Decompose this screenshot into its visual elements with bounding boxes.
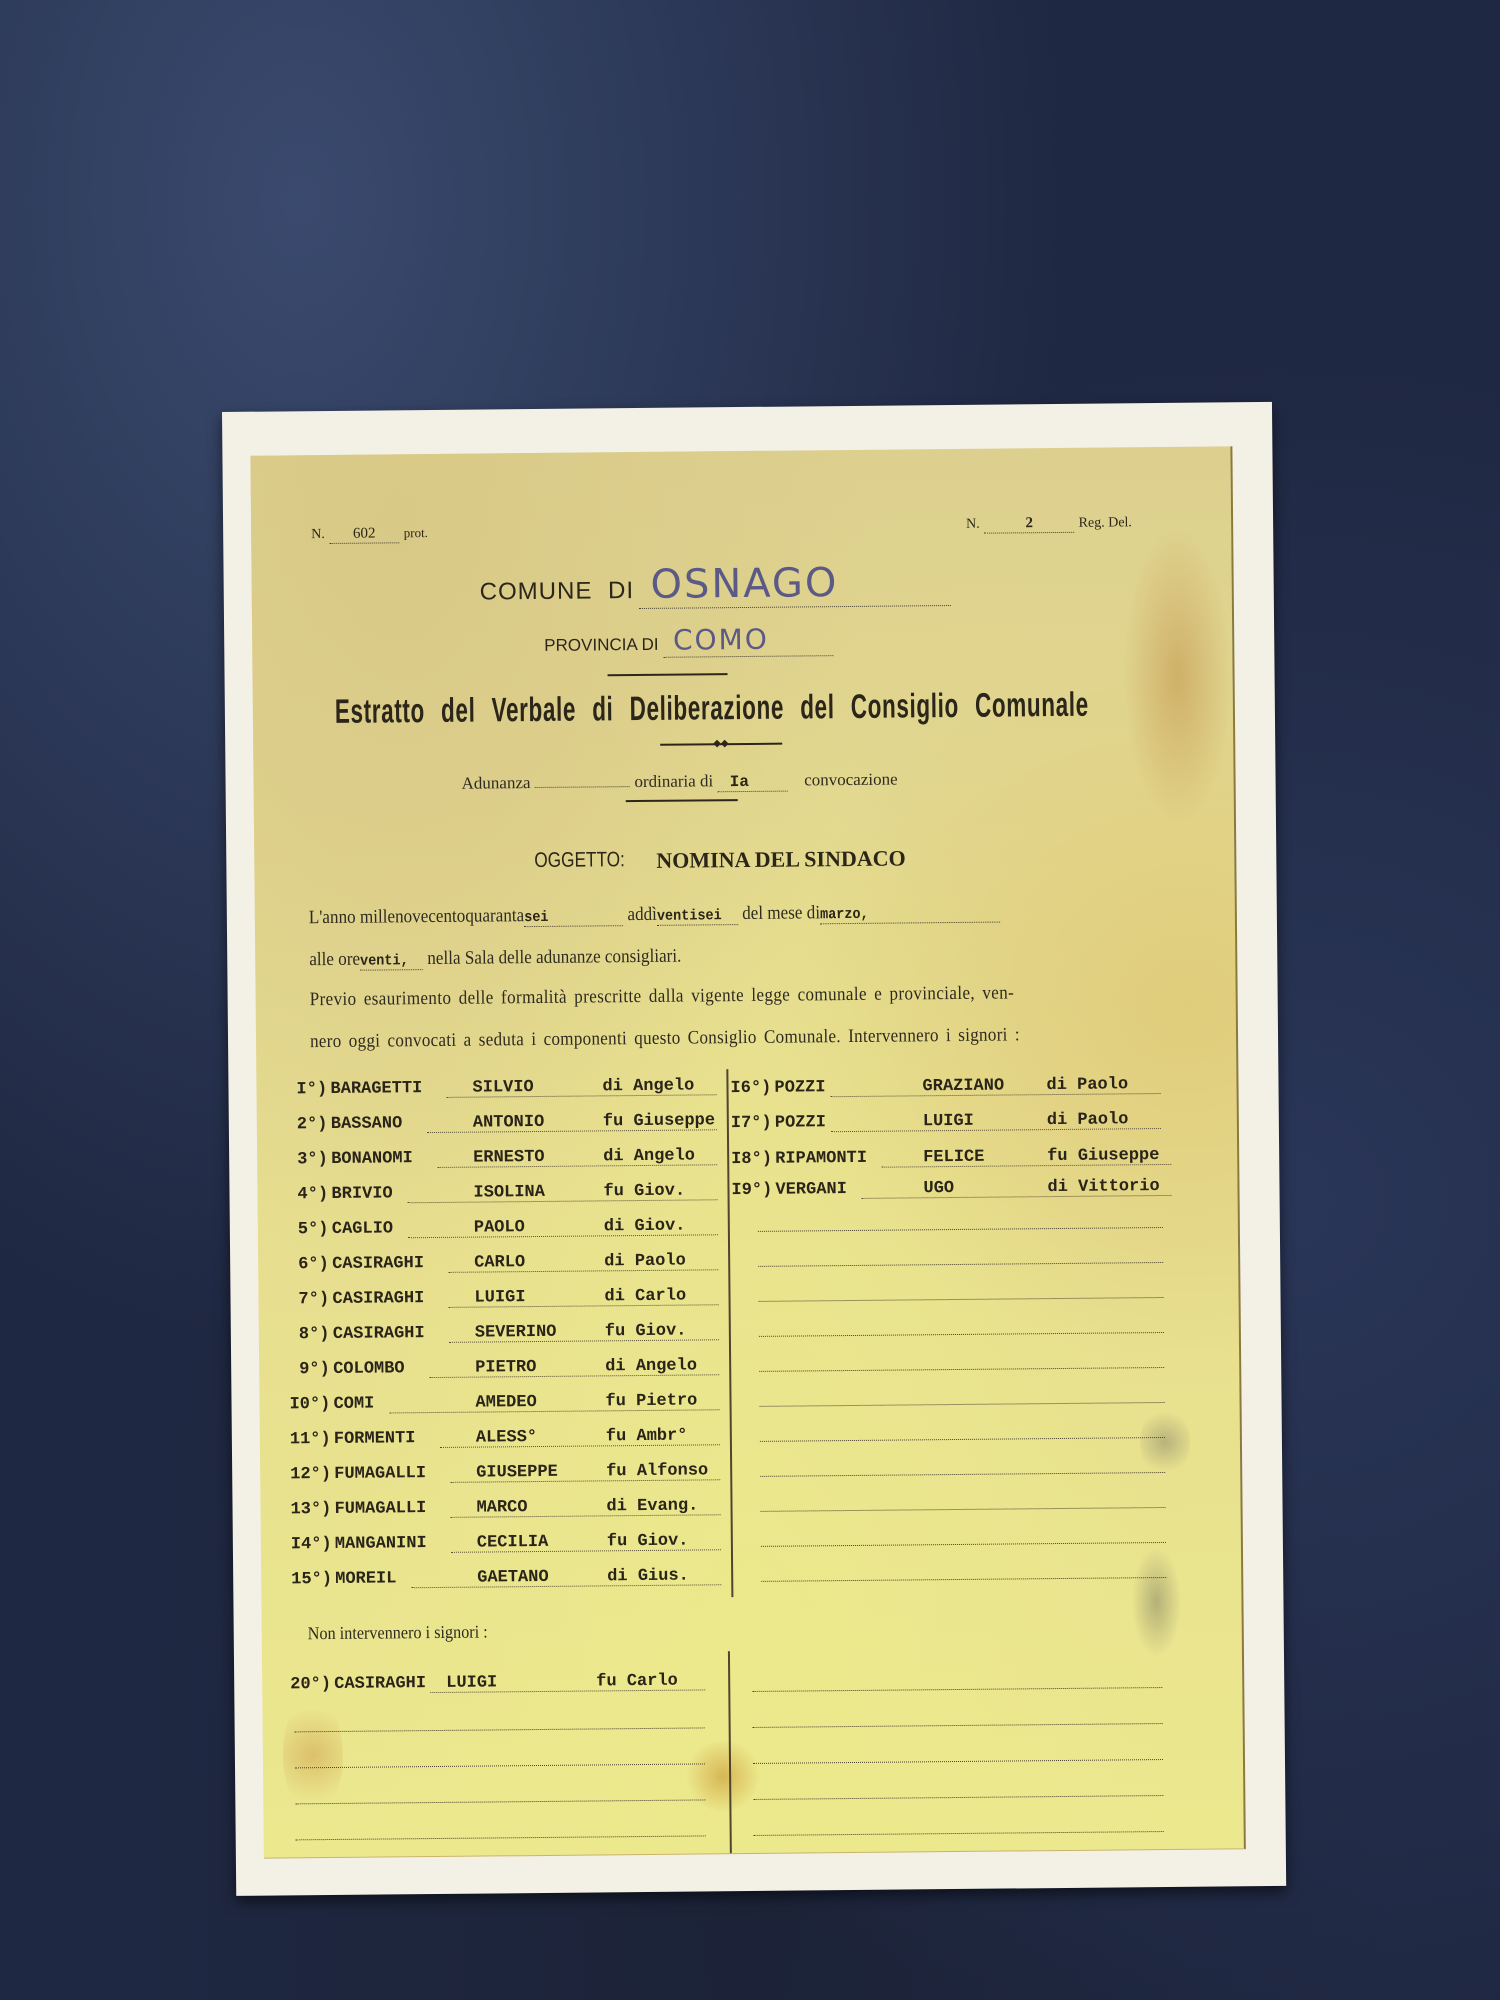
attendee-parent: di Carlo: [604, 1287, 686, 1307]
attendee-name: GAETANO: [477, 1568, 549, 1588]
attendee-name: LUIGI: [923, 1112, 974, 1131]
oggetto-value: NOMINA DEL SINDACO: [656, 845, 906, 873]
attendee-name: ISOLINA: [473, 1183, 545, 1203]
attendee-surname: POZZI: [774, 1078, 825, 1097]
attendee-name: SILVIO: [472, 1078, 533, 1098]
attendee-number: I8°): [731, 1150, 772, 1169]
attendee-name: GIUSEPPE: [476, 1463, 558, 1483]
preamble-previo-line2: nero oggi convocati a seduta i component…: [310, 1024, 1020, 1053]
attendee-number: 5°): [298, 1220, 329, 1239]
attendee-number: I9°): [731, 1181, 772, 1200]
attendee-name: ERNESTO: [473, 1148, 545, 1168]
absentee-name: LUIGI: [446, 1673, 497, 1692]
convocazione-number: Ia: [718, 773, 788, 793]
attendee-number: 6°): [298, 1255, 329, 1274]
attendee-surname: RIPAMONTI: [775, 1149, 867, 1169]
absentee-parent: fu Carlo: [596, 1672, 678, 1692]
adunanza-label: Adunanza: [461, 773, 530, 793]
attendee-name: CECILIA: [477, 1533, 549, 1553]
attendees-column-divider: [726, 1069, 733, 1597]
adunanza-suffix: convocazione: [792, 770, 898, 790]
attendee-surname: COMI: [333, 1395, 374, 1414]
attendee-name: CARLO: [474, 1253, 525, 1272]
attendee-parent: fu Ambr°: [606, 1427, 688, 1447]
comune-line: COMUNE DI OSNAGO: [479, 559, 950, 611]
attendee-number: 11°): [290, 1430, 331, 1449]
attendee-parent: fu Pietro: [605, 1391, 697, 1411]
absentee-number: 20°): [290, 1675, 331, 1694]
attendee-name: SEVERINO: [475, 1323, 557, 1343]
attendees-right-list: I6°) POZZI GRAZIANO di Paolo I7°) POZZI …: [250, 446, 1230, 455]
comune-label: COMUNE DI: [480, 577, 635, 605]
attendee-number: 15°): [291, 1570, 332, 1589]
attendee-parent: fu Giov.: [603, 1182, 685, 1202]
attendee-surname: FUMAGALLI: [334, 1499, 426, 1519]
provincia-name: COMO: [673, 623, 769, 657]
attendee-number: 7°): [298, 1290, 329, 1309]
non-intervennero-label: Non intervennero i signori :: [308, 1622, 488, 1645]
protocol-n-label: N.: [311, 527, 325, 542]
attendee-number: 2°): [297, 1115, 328, 1134]
ore-value: venti,: [360, 952, 423, 971]
attendee-name: UGO: [923, 1179, 954, 1198]
attendee-number: 3°): [297, 1150, 328, 1169]
register-n-label: N.: [966, 517, 980, 532]
attendee-surname: VERGANI: [775, 1180, 847, 1200]
attendees-right-blank-lines: [250, 446, 1230, 455]
protocol-suffix: prot.: [404, 525, 428, 540]
attendee-number: I0°): [289, 1395, 330, 1414]
attendee-surname: CASIRAGHI: [332, 1254, 424, 1274]
addi-value: ventisei: [657, 907, 738, 926]
attendee-parent: di Vittorio: [1047, 1177, 1159, 1197]
protocol-number-field: N. 602 prot.: [311, 524, 428, 544]
attendee-parent: di Angelo: [605, 1356, 697, 1376]
oggetto-label: OGGETTO:: [534, 848, 625, 873]
protocol-number: 602: [329, 525, 399, 544]
attendee-number: 13°): [290, 1500, 331, 1519]
attendee-parent: di Paolo: [604, 1252, 686, 1272]
document-title: Estratto del Verbale di Deliberazione de…: [335, 686, 1089, 732]
attendee-name: PAOLO: [474, 1218, 525, 1237]
attendee-parent: fu Giuseppe: [603, 1111, 715, 1131]
ore-label: alle ore: [309, 949, 360, 970]
attendee-name: FELICE: [923, 1148, 984, 1168]
attendee-name: LUIGI: [474, 1288, 525, 1307]
title-ornament-icon: ◆◆: [713, 738, 728, 749]
attendee-surname: POZZI: [775, 1113, 826, 1132]
register-number-field: N. 2 Reg. Del.: [966, 513, 1132, 534]
attendee-surname: FORMENTI: [334, 1429, 416, 1449]
attendee-name: ANTONIO: [473, 1113, 545, 1133]
mese-label: del mese di: [742, 902, 820, 924]
attendee-number: 8°): [299, 1325, 330, 1344]
attendee-surname: CASIRAGHI: [333, 1324, 425, 1344]
provincia-label: PROVINCIA DI: [544, 635, 658, 655]
attendee-parent: di Gius.: [607, 1567, 689, 1587]
document-card-mount: N. 602 prot. N. 2 Reg. Del. COMUNE DI OS…: [222, 402, 1286, 1896]
attendee-parent: fu Giuseppe: [1047, 1146, 1159, 1166]
attendee-number: 12°): [290, 1465, 331, 1484]
attendee-parent: di Evang.: [606, 1496, 698, 1516]
attendee-number: I6°): [730, 1079, 771, 1098]
attendee-surname: BASSANO: [331, 1114, 403, 1134]
attendee-surname: BONANOMI: [331, 1149, 413, 1169]
addi-label: addì: [627, 904, 657, 925]
provincia-line: PROVINCIA DI COMO: [544, 622, 833, 659]
adunanza-line: Adunanza ordinaria di Ia convocazione: [461, 770, 897, 795]
attendee-name: PIETRO: [475, 1358, 536, 1378]
attendee-number: I7°): [731, 1114, 772, 1133]
attendee-parent: fu Alfonso: [606, 1461, 708, 1481]
provincia-name-field: COMO: [663, 622, 833, 658]
anno-label: L'anno millenovecentoquaranta: [309, 905, 525, 928]
attendee-number: I4°): [291, 1535, 332, 1554]
adunanza-underline: [626, 799, 738, 802]
mese-value: marzo,: [820, 905, 1000, 925]
attendees-left-list: I°) BARAGETTI SILVIO di Angelo 2°) BASSA…: [250, 446, 1230, 455]
sala-text: nella Sala delle adunanze consigliari.: [427, 946, 681, 969]
attendee-parent: di Angelo: [603, 1146, 695, 1166]
attendee-name: ALESS°: [476, 1428, 537, 1448]
provincia-underline: [608, 673, 728, 676]
deliberation-extract-sheet: N. 602 prot. N. 2 Reg. Del. COMUNE DI OS…: [250, 446, 1245, 1858]
attendee-number: 9°): [299, 1360, 330, 1379]
attendee-surname: COLOMBO: [333, 1359, 405, 1379]
attendee-surname: MANGANINI: [335, 1534, 427, 1554]
attendee-parent: di Paolo: [1047, 1110, 1129, 1130]
attendee-number: I°): [296, 1080, 327, 1099]
absentee-surname: CASIRAGHI: [334, 1674, 426, 1694]
attendee-parent: fu Giov.: [607, 1532, 689, 1552]
attendee-surname: MOREIL: [335, 1569, 396, 1589]
register-number: 2: [984, 515, 1074, 534]
preamble-hour-line: alle oreventi, nella Sala delle adunanze…: [309, 946, 681, 972]
attendee-surname: CAGLIO: [332, 1219, 393, 1239]
attendee-surname: BARAGETTI: [330, 1079, 422, 1099]
attendee-name: MARCO: [476, 1498, 527, 1517]
anno-value: sei: [524, 908, 623, 927]
attendee-number: 4°): [297, 1185, 328, 1204]
absentees-blank-lines: [250, 446, 1230, 455]
preamble-previo-line1: Previo esaurimento delle formalità presc…: [310, 982, 1015, 1011]
adunanza-type: ordinaria di: [634, 771, 713, 791]
comune-name: OSNAGO: [650, 560, 838, 608]
attendee-parent: di Giov.: [604, 1217, 686, 1237]
attendee-surname: FUMAGALLI: [334, 1464, 426, 1484]
attendee-parent: fu Giov.: [605, 1322, 687, 1342]
register-suffix: Reg. Del.: [1079, 515, 1132, 531]
attendee-surname: CASIRAGHI: [332, 1289, 424, 1309]
oggetto-line: OGGETTO: NOMINA DEL SINDACO: [534, 848, 645, 873]
attendee-parent: di Angelo: [602, 1076, 694, 1096]
preamble-year-line: L'anno millenovecentoquarantasei addìven…: [309, 901, 1000, 930]
attendee-surname: BRIVIO: [331, 1184, 392, 1204]
attendee-name: GRAZIANO: [922, 1077, 1004, 1097]
attendee-name: AMEDEO: [475, 1393, 536, 1413]
comune-name-field: OSNAGO: [638, 559, 950, 609]
attendee-parent: di Paolo: [1046, 1075, 1128, 1095]
